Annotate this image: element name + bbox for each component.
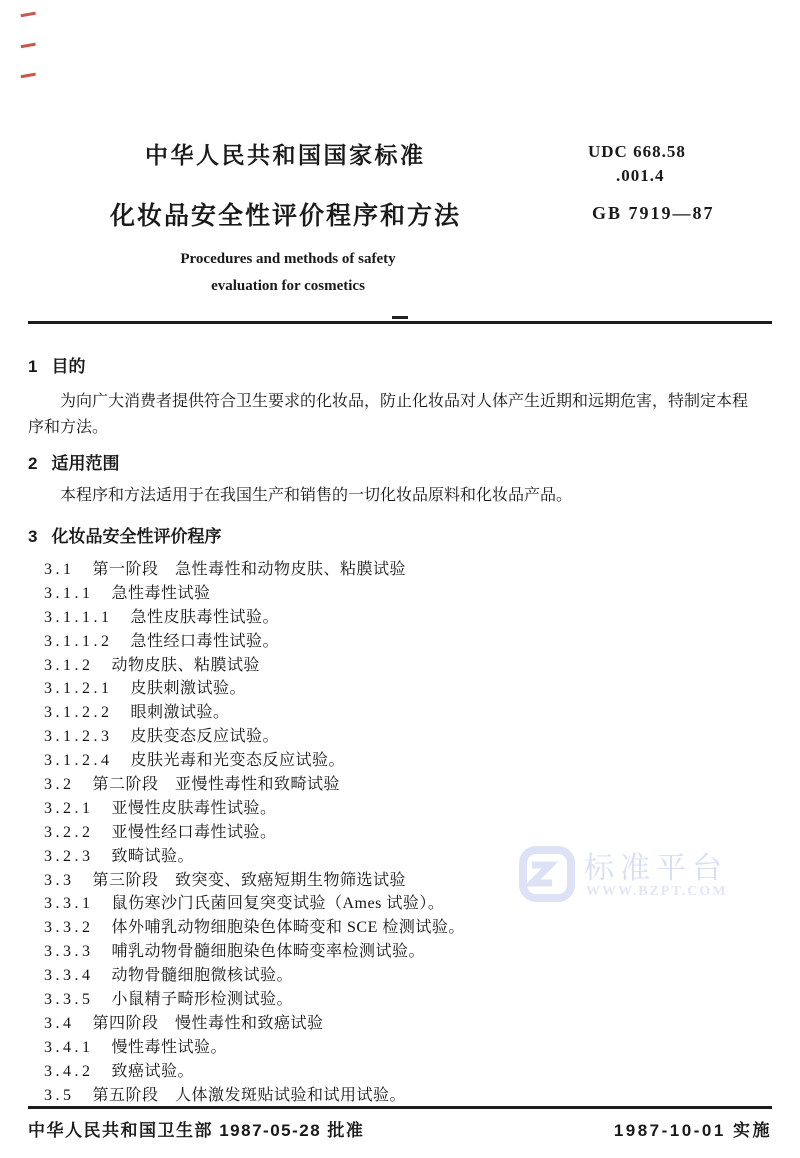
section-number: 1 [28,357,37,376]
procedure-item: 3.4第四阶段 慢性毒性和致癌试验 [44,1012,774,1036]
red-pen-mark [19,35,36,48]
procedure-item: 3.3.2体外哺乳动物细胞染色体畸变和 SCE 检测试验。 [44,916,774,940]
procedure-item: 3.1.1.2急性经口毒性试验。 [44,630,774,654]
section-number: 3 [28,527,37,546]
procedure-item-text: 哺乳动物骨髓细胞染色体畸变率检测试验。 [112,943,426,960]
procedure-item-text: 体外哺乳动物细胞染色体畸变和 SCE 检测试验。 [112,919,465,936]
document-title-en: Procedures and methods of safety evaluat… [28,246,548,300]
procedure-item-number: 3.3 [44,872,75,889]
section-title: 目的 [51,357,85,376]
section-heading-purpose: 1目的 [28,352,85,377]
procedure-item-number: 3.1.1.2 [44,633,113,650]
national-standard-heading: 中华人民共和国国家标准 [145,137,426,170]
section-title: 化妆品安全性评价程序 [51,527,221,546]
procedure-item-number: 3.4.2 [44,1063,94,1080]
procedure-item-text: 致癌试验。 [112,1063,195,1080]
procedure-item-text: 第四阶段 慢性毒性和致癌试验 [93,1015,324,1032]
procedure-item-text: 急性经口毒性试验。 [131,633,280,650]
procedure-item: 3.3.3哺乳动物骨髓细胞染色体畸变率检测试验。 [44,940,774,964]
procedure-item-text: 小鼠精子畸形检测试验。 [112,991,294,1008]
procedure-item: 3.4.1慢性毒性试验。 [44,1036,774,1060]
procedure-item: 3.3.5小鼠精子畸形检测试验。 [44,988,774,1012]
procedure-item-number: 3.2.1 [44,800,94,817]
procedure-item: 3.5第五阶段 人体激发斑贴试验和试用试验。 [44,1084,774,1108]
udc-number-line2: .001.4 [588,164,686,188]
procedure-item: 3.2第二阶段 亚慢性毒性和致畸试验 [44,773,774,797]
separator-dash [392,316,408,319]
procedure-item-text: 皮肤光毒和光变态反应试验。 [131,752,346,769]
header-horizontal-rule [28,321,772,324]
section-heading-scope: 2适用范围 [28,449,119,474]
procedure-item: 3.1.2.4皮肤光毒和光变态反应试验。 [44,749,774,773]
procedure-item-text: 眼刺激试验。 [131,704,230,721]
procedure-item-text: 急性皮肤毒性试验。 [131,609,280,626]
title-en-line1: Procedures and methods of safety [28,246,548,273]
procedure-item-number: 3.1.2.3 [44,728,113,745]
procedure-item-number: 3.3.4 [44,967,94,984]
procedure-item-number: 3.5 [44,1087,75,1104]
procedure-item-text: 第一阶段 急性毒性和动物皮肤、粘膜试验 [93,561,407,578]
footer-implementation-text: 1987-10-01 实施 [614,1116,772,1141]
procedure-item-text: 慢性毒性试验。 [112,1039,228,1056]
procedure-item-text: 第五阶段 人体激发斑贴试验和试用试验。 [93,1087,407,1104]
footer-approval-text: 中华人民共和国卫生部 1987-05-28 批准 [28,1116,364,1141]
procedure-item: 3.1.2.3皮肤变态反应试验。 [44,725,774,749]
procedure-item: 3.2.2亚慢性经口毒性试验。 [44,821,774,845]
watermark-brand-text: 标准平台 [584,843,728,887]
document-title-zh: 化妆品安全性评价程序和方法 [110,196,461,232]
procedure-item-number: 3.4 [44,1015,75,1032]
procedure-item: 3.1.1.1急性皮肤毒性试验。 [44,606,774,630]
scanned-standard-document-page: 中华人民共和国国家标准 UDC 668.58 .001.4 化妆品安全性评价程序… [0,0,800,1158]
procedure-item-number: 3.1.1.1 [44,609,113,626]
bzpt-logo-icon [518,845,576,903]
section-heading-procedure: 3化妆品安全性评价程序 [28,522,221,547]
section-body-scope: 本程序和方法适用于在我国生产和销售的一切化妆品原料和化妆品产品。 [28,483,758,509]
procedure-item-text: 亚慢性经口毒性试验。 [112,824,277,841]
procedure-item: 3.4.2致癌试验。 [44,1060,774,1084]
procedure-item-text: 皮肤刺激试验。 [131,680,247,697]
procedure-item: 3.3.4动物骨髓细胞微核试验。 [44,964,774,988]
procedure-item-text: 致畸试验。 [112,848,195,865]
procedure-item-number: 3.3.5 [44,991,94,1008]
procedure-item-number: 3.1.2 [44,657,94,674]
procedure-item-number: 3.3.2 [44,919,94,936]
red-pen-mark [19,4,36,17]
procedure-item-number: 3.3.1 [44,895,94,912]
watermark: 标准平台 WWW.BZPT.COM [518,843,758,913]
procedure-item-number: 3.1 [44,561,75,578]
udc-number-line1: UDC 668.58 [588,140,686,164]
procedure-item-list: 3.1第一阶段 急性毒性和动物皮肤、粘膜试验 3.1.1急性毒性试验 3.1.1… [44,558,774,1107]
procedure-item: 3.2.1亚慢性皮肤毒性试验。 [44,797,774,821]
section-number: 2 [28,454,37,473]
procedure-item-text: 第二阶段 亚慢性毒性和致畸试验 [93,776,341,793]
procedure-item-number: 3.3.3 [44,943,94,960]
procedure-item-number: 3.4.1 [44,1039,94,1056]
procedure-item-text: 急性毒性试验 [112,585,211,602]
procedure-item: 3.1.2.1皮肤刺激试验。 [44,677,774,701]
procedure-item-number: 3.2 [44,776,75,793]
procedure-item-number: 3.1.2.1 [44,680,113,697]
section-title: 适用范围 [51,454,119,473]
procedure-item: 3.1.1急性毒性试验 [44,582,774,606]
footer-horizontal-rule [28,1106,772,1109]
section-body-purpose: 为向广大消费者提供符合卫生要求的化妆品，防止化妆品对人体产生近期和远期危害，特制… [28,389,758,440]
procedure-item-number: 3.2.3 [44,848,94,865]
procedure-item-number: 3.2.2 [44,824,94,841]
procedure-item-number: 3.1.1 [44,585,94,602]
procedure-item-text: 鼠伤寒沙门氏菌回复突变试验（Ames 试验）。 [112,895,445,912]
procedure-item: 3.1.2动物皮肤、粘膜试验 [44,654,774,678]
udc-classification: UDC 668.58 .001.4 [588,140,686,188]
procedure-item-text: 第三阶段 致突变、致癌短期生物筛选试验 [93,872,407,889]
red-pen-mark [19,65,36,78]
procedure-item: 3.1第一阶段 急性毒性和动物皮肤、粘膜试验 [44,558,774,582]
procedure-item-text: 皮肤变态反应试验。 [131,728,280,745]
watermark-url-text: WWW.BZPT.COM [586,884,727,900]
procedure-item-number: 3.1.2.4 [44,752,113,769]
standard-code: GB 7919—87 [592,203,715,224]
procedure-item-text: 动物皮肤、粘膜试验 [112,657,261,674]
procedure-item-text: 亚慢性皮肤毒性试验。 [112,800,277,817]
procedure-item-text: 动物骨髓细胞微核试验。 [112,967,294,984]
title-en-line2: evaluation for cosmetics [28,273,548,300]
procedure-item: 3.1.2.2眼刺激试验。 [44,701,774,725]
procedure-item-number: 3.1.2.2 [44,704,113,721]
